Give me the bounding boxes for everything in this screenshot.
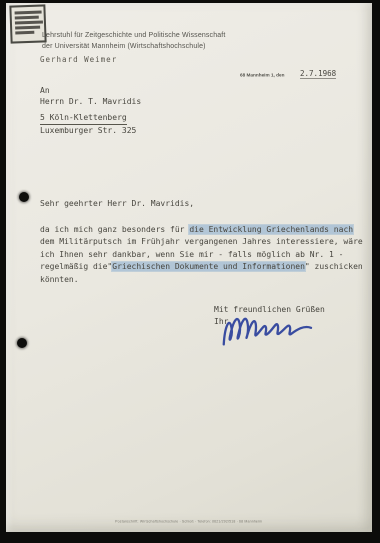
punch-hole bbox=[19, 192, 29, 202]
stamp-text-row bbox=[15, 15, 39, 19]
salutation: Sehr geehrter Herr Dr. Mavridis, bbox=[40, 199, 194, 208]
recipient-an: An bbox=[40, 85, 141, 96]
letter-body: da ich mich ganz besonders für die Entwi… bbox=[40, 224, 363, 286]
stamp-text-row bbox=[15, 25, 40, 29]
punch-hole bbox=[17, 338, 27, 348]
sender-name: Gerhard Weimer bbox=[40, 55, 117, 64]
letterhead-line-2: der Universität Mannheim (Wirtschaftshoc… bbox=[42, 43, 206, 50]
stamp-text-row bbox=[15, 10, 42, 14]
body-text: da ich mich ganz besonders für bbox=[40, 225, 189, 234]
recipient-city: 5 Köln-Klettenberg bbox=[40, 112, 127, 125]
body-text: regelmäßig die" bbox=[40, 262, 112, 271]
handwritten-signature-icon bbox=[217, 299, 322, 358]
typed-date: 2.7.1968 bbox=[300, 69, 336, 79]
recipient-street: Luxemburger Str. 325 bbox=[40, 125, 141, 136]
stamp-text-row bbox=[15, 31, 34, 35]
body-line-1: da ich mich ganz besonders für die Entwi… bbox=[40, 224, 363, 236]
dateline: 68 Mannheim 1, den 2.7.1968 bbox=[240, 69, 336, 79]
stamp-text-row bbox=[15, 20, 43, 24]
letter-page: Lehrstuhl für Zeitgeschichte und Politis… bbox=[6, 3, 372, 532]
body-line-4: regelmäßig die"Griechischen Dokumente un… bbox=[40, 261, 363, 273]
recipient-name: Herrn Dr. T. Mavridis bbox=[40, 96, 141, 107]
body-text: " zuschicken bbox=[305, 262, 363, 271]
highlighted-text: Griechischen Dokumente und Informationen bbox=[112, 262, 305, 271]
recipient-address: An Herrn Dr. T. Mavridis 5 Köln-Klettenb… bbox=[40, 85, 141, 136]
letterhead-line-1: Lehrstuhl für Zeitgeschichte und Politis… bbox=[42, 32, 226, 39]
printed-place-date: 68 Mannheim 1, den bbox=[240, 73, 284, 78]
scan-background: Lehrstuhl für Zeitgeschichte und Politis… bbox=[0, 0, 380, 543]
body-line-2: dem Militärputsch im Frühjahr vergangene… bbox=[40, 236, 363, 248]
footer-imprint: Postanschrift: Wirtschaftshochschule · S… bbox=[6, 511, 372, 529]
body-line-3: ich Ihnen sehr dankbar, wenn Sie mir - f… bbox=[40, 249, 363, 261]
footer-text: Postanschrift: Wirtschaftshochschule · S… bbox=[116, 520, 263, 523]
body-line-5: könnten. bbox=[40, 274, 363, 286]
highlighted-text: die Entwicklung Griechenlands nach bbox=[189, 225, 353, 234]
